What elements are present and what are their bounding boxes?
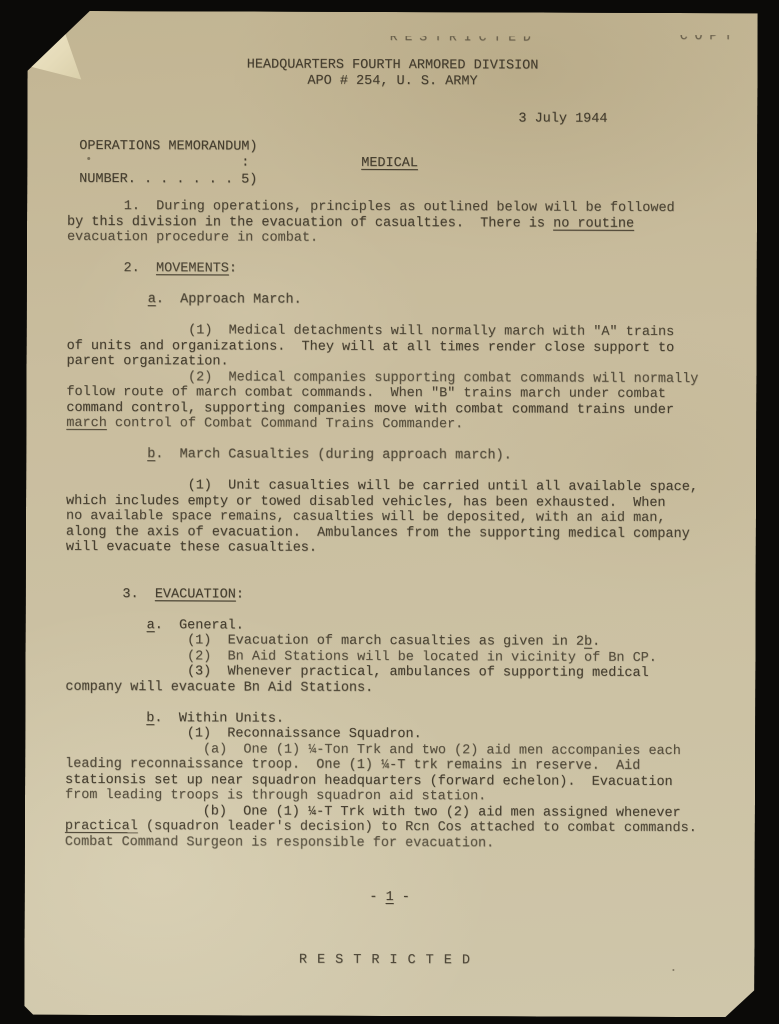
memo-title: OPERATIONS MEMORANDUM)	[79, 138, 257, 154]
restricted-stamp: RESTRICTED	[24, 952, 754, 970]
document-page: RESTRICTED COPY HEADQUARTERS FOURTH ARMO…	[24, 11, 758, 1018]
date: 3 July 1944	[518, 111, 607, 127]
doc-line: a. Approach March.	[67, 292, 727, 310]
doc-line: (2) Bn Aid Stations will be located in v…	[65, 648, 725, 666]
paper-speck	[87, 157, 90, 160]
doc-line: evacuation procedure in combat.	[67, 230, 727, 248]
doc-line: (1) Medical detachments will normally ma…	[67, 323, 727, 341]
doc-line	[66, 602, 726, 620]
paper-speck	[672, 969, 674, 971]
doc-line	[66, 571, 726, 589]
memo-number: NUMBER. . . . . . . 5)	[79, 171, 257, 187]
letterhead-line-2: APO # 254, U. S. ARMY	[27, 72, 757, 90]
doc-line	[65, 695, 725, 713]
memo-colon: :	[241, 154, 249, 172]
doc-line: leading reconnaissance troop. One (1) ¼-…	[65, 757, 725, 775]
faded-restricted-stamp: RESTRICTED	[390, 36, 580, 46]
doc-line	[66, 462, 726, 480]
memo-subject-line: : MEDICAL	[79, 153, 257, 171]
doc-line: along the axis of evacuation. Ambulances…	[66, 524, 726, 542]
scan-background: RESTRICTED COPY HEADQUARTERS FOURTH ARMO…	[0, 0, 779, 1024]
doc-line: from leading troops is through squadron …	[65, 788, 725, 806]
page-number: - 1 -	[25, 889, 755, 907]
doc-line: Combat Command Surgeon is responsible fo…	[65, 834, 725, 852]
memo-subject: MEDICAL	[361, 154, 418, 172]
doc-line: follow route of march combat commands. W…	[66, 385, 726, 403]
copy-stamp-text: COPY	[680, 35, 770, 44]
document-body: 1. During operations, principles as outl…	[65, 199, 727, 852]
letterhead: HEADQUARTERS FOURTH ARMORED DIVISION APO…	[27, 57, 757, 91]
copy-stamp: COPY	[680, 35, 770, 44]
page-number-text: - 1 -	[369, 890, 410, 906]
faded-restricted-text: RESTRICTED	[390, 36, 580, 45]
doc-line: march control of Combat Command Trains C…	[66, 416, 726, 434]
subject-block: OPERATIONS MEMORANDUM) : MEDICAL NUMBER.…	[79, 138, 257, 187]
